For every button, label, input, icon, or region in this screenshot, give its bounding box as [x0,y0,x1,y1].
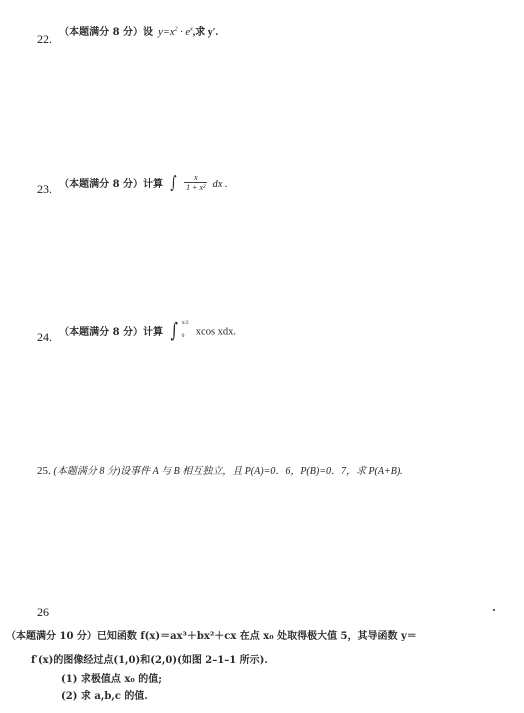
question-22: 22. （本题满分 8 分）设 y=x2 · ex,求 y′. [37,20,218,39]
question-25: 25. (本题满分 8 分)设事件 A 与 B 相互独立，且 P(A)=0．6，… [37,462,403,477]
upper-limit: π/2 [182,319,189,328]
question-23: 23. （本题满分 8 分）计算 ∫ x 1 + x² dx . [37,172,228,193]
question-26-sub2: (2) 求 a,b,c 的值. [61,687,148,702]
question-number: 24. [37,330,52,344]
math-expression: y=x2 · ex,求 y′. [158,27,218,38]
question-26-sub1: (1) 求极值点 x₀ 的值; [61,670,162,685]
question-24: 24. （本题满分 8 分）计算 ∫ π/2 0 xcos xdx. [37,318,236,342]
question-26-line2: f′(x)的图像经过点(1,0)和(2,0)(如图 2–1–1 所示). [31,651,268,666]
question-26-number: 26 [37,601,49,620]
question-prefix: （本题满分 8 分）计算 [59,179,163,190]
question-number: 26 [37,605,49,619]
question-text: (本题满分 8 分)设事件 A 与 B 相互独立，且 P(A)=0．6，P(B)… [54,466,403,477]
question-number: 25. [37,465,51,477]
question-prefix: （本题满分 8 分）计算 [59,327,163,338]
fraction: x 1 + x² [184,173,207,192]
denominator: 1 + x² [184,183,207,192]
lower-limit: 0 [182,332,189,341]
question-prefix: （本题满分 8 分）设 [59,27,153,38]
stray-mark [493,609,495,611]
integral-limits: π/2 0 [182,319,189,341]
question-number: 22. [37,32,52,46]
integral-sign: ∫ [171,318,178,342]
question-26-line1: （本题满分 10 分）已知函数 f(x)＝ax³＋bx²＋cx 在点 x₀ 处取… [6,627,417,642]
integrand: xcos xdx. [196,327,236,338]
numerator: x [184,173,207,183]
differential: dx . [213,179,228,190]
integral-sign: ∫ [170,173,176,193]
question-number: 23. [37,182,52,196]
